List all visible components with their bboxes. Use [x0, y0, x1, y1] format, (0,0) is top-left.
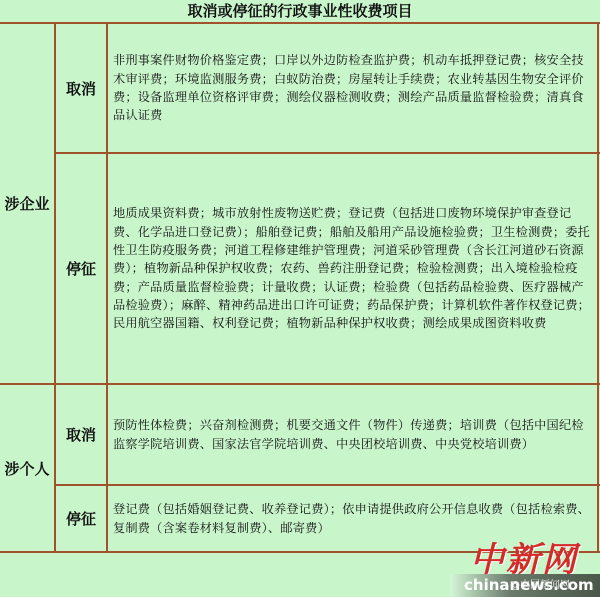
- content-cancel-individual: 预防性体检费；兴奋剂检测费；机要交通文件（物件）传递费；培训费（包括中国纪检监察…: [108, 385, 597, 484]
- category-individual: 涉个人: [0, 385, 54, 551]
- category-enterprise: 涉企业: [0, 24, 54, 383]
- fee-list: 非刑事案件财物价格鉴定费；口岸以外边防检查监护费；机动车抵押登记费；核安全技术审…: [113, 51, 593, 124]
- content-suspend-enterprise: 地质成果资料费；城市放射性废物送贮费；登记费（包括进口废物环境保护审查登记费、化…: [108, 154, 597, 383]
- action-suspend-individual: 停征: [56, 486, 106, 551]
- chinanews-watermark: 中新网 chinanews.com @中国新闻网: [450, 532, 600, 597]
- watermark-handle: @中国新闻网: [510, 576, 570, 591]
- action-cancel-individual: 取消: [56, 385, 106, 484]
- table-title: 取消或停征的行政事业性收费项目: [0, 0, 600, 22]
- action-cancel-enterprise: 取消: [56, 24, 106, 152]
- fee-list: 预防性体检费；兴奋剂检测费；机要交通文件（物件）传递费；培训费（包括中国纪检监察…: [113, 416, 593, 453]
- content-cancel-enterprise: 非刑事案件财物价格鉴定费；口岸以外边防检查监护费；机动车抵押登记费；核安全技术审…: [108, 24, 597, 152]
- action-suspend-enterprise: 停征: [56, 154, 106, 383]
- table-right-border: [597, 22, 599, 553]
- fee-list: 地质成果资料费；城市放射性废物送贮费；登记费（包括进口废物环境保护审查登记费、化…: [113, 204, 593, 332]
